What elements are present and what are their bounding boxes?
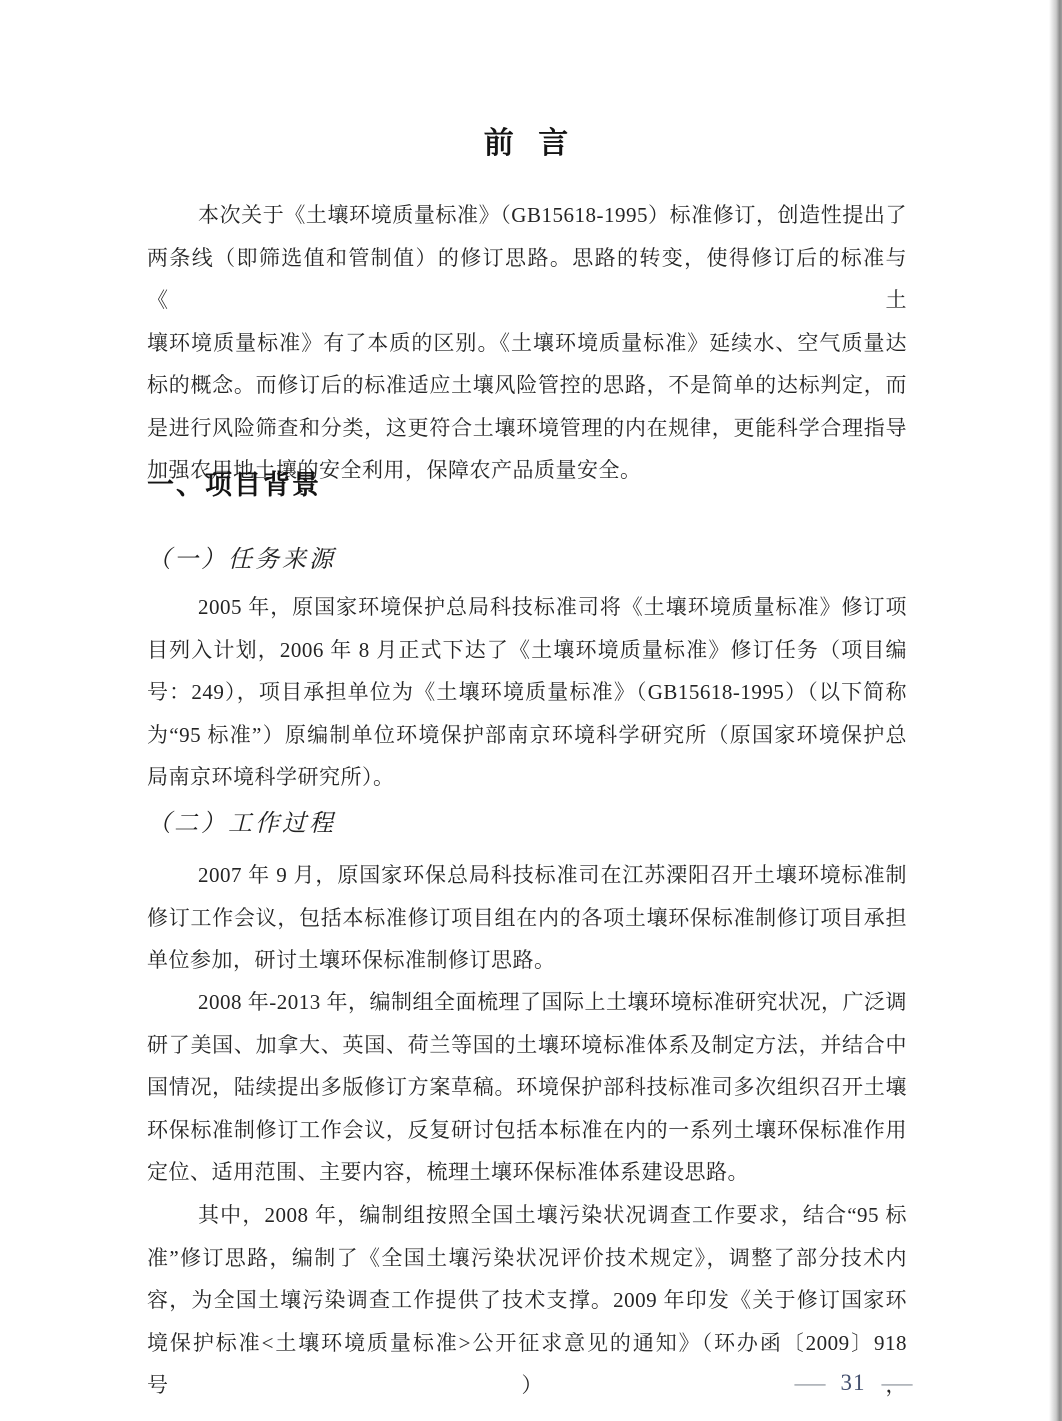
text-line: 是进行风险筛查和分类，这更符合土壤环境管理的内在规律，更能科学合理指导 [147,407,907,450]
page-content-column: 前 言 本次关于《土壤环境质量标准》（GB15618-1995）标准修订，创造性… [147,0,907,1421]
text-line: 国情况，陆续提出多版修订方案草稿。环境保护部科技标准司多次组织召开土壤 [147,1066,907,1109]
scan-edge-shadow [1049,0,1062,1421]
document-page: 前 言 本次关于《土壤环境质量标准》（GB15618-1995）标准修订，创造性… [0,0,1062,1421]
subsection-heading-task-source: （一）任务来源 [147,544,907,576]
text-line: 两条线（即筛选值和管制值）的修订思路。思路的转变，使得修订后的标准与《土 [147,237,907,322]
text-line: 本次关于《土壤环境质量标准》（GB15618-1995）标准修订，创造性提出了 [147,194,907,237]
footer-dash: — [881,1370,912,1396]
work-process-paragraph-1: 2007 年 9 月，原国家环保总局科技标准司在江苏溧阳召开土壤环境标准制 修订… [147,854,907,982]
text-line: 2007 年 9 月，原国家环保总局科技标准司在江苏溧阳召开土壤环境标准制 [147,854,907,897]
text-line: 2008 年-2013 年，编制组全面梳理了国际上土壤环境标准研究状况，广泛调 [147,981,907,1024]
subsection-heading-work-process: （二）工作过程 [147,808,907,840]
text-line: 环保标准制修订工作会议，反复研讨包括本标准在内的一系列土壤环保标准作用 [147,1109,907,1152]
text-line: 号：249），项目承担单位为《土壤环境质量标准》（GB15618-1995）（以… [147,671,907,714]
section-heading-project-background: 一、项目背景 [147,469,907,503]
text-line: 局南京环境科学研究所）。 [147,756,907,799]
page-number: 31 [841,1370,866,1396]
text-line: 容，为全国土壤污染调查工作提供了技术支撑。2009 年印发《关于修订国家环 [147,1279,907,1322]
text-line: 单位参加，研讨土壤环保标准制修订思路。 [147,939,907,982]
text-line: 研了美国、加拿大、英国、荷兰等国的土壤环境标准体系及制定方法，并结合中 [147,1024,907,1067]
work-process-paragraph-2: 2008 年-2013 年，编制组全面梳理了国际上土壤环境标准研究状况，广泛调 … [147,981,907,1194]
text-line: 目列入计划，2006 年 8 月正式下达了《土壤环境质量标准》修订任务（项目编 [147,629,907,672]
document-title: 前 言 [147,124,907,164]
text-line: 其中，2008 年，编制组按照全国土壤污染状况调查工作要求，结合“95 标 [147,1194,907,1237]
text-line: 壤环境质量标准》有了本质的区别。《土壤环境质量标准》延续水、空气质量达 [147,322,907,365]
text-line: 标的概念。而修订后的标准适应土壤风险管控的思路，不是简单的达标判定，而 [147,364,907,407]
text-line: 修订工作会议，包括本标准修订项目组在内的各项土壤环保标准制修订项目承担 [147,897,907,940]
text-line: 2005 年，原国家环境保护总局科技标准司将《土壤环境质量标准》修订项 [147,586,907,629]
text-line: 准”修订思路，编制了《全国土壤污染状况评价技术规定》，调整了部分技术内 [147,1237,907,1280]
intro-paragraph: 本次关于《土壤环境质量标准》（GB15618-1995）标准修订，创造性提出了 … [147,194,907,492]
text-line: 定位、适用范围、主要内容，梳理土壤环保标准体系建设思路。 [147,1151,907,1194]
text-line: 为“95 标准”）原编制单位环境保护部南京环境科学研究所（原国家环境保护总 [147,714,907,757]
page-footer: — 31 — [778,1366,928,1400]
task-source-paragraph: 2005 年，原国家环境保护总局科技标准司将《土壤环境质量标准》修订项 目列入计… [147,586,907,799]
footer-dash: — [794,1370,825,1396]
